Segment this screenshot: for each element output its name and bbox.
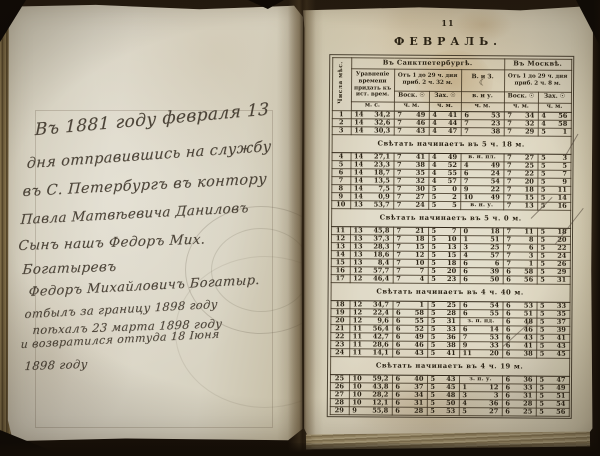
- column-header-spb-sunset: Зах. ☉: [429, 91, 461, 102]
- day-cell: 23: [330, 340, 349, 348]
- day-cell: 21: [330, 324, 349, 332]
- value-cell: 658: [503, 267, 537, 275]
- value-cell: 1418,7: [350, 168, 393, 176]
- value-cell: 1432,6: [351, 118, 394, 126]
- day-cell: 15: [331, 258, 350, 266]
- value-cell: 436: [459, 399, 502, 407]
- value-cell: 57: [537, 170, 570, 178]
- dawn-note: Свѣтать начинаетъ въ 4 ч. 19 м.: [330, 356, 569, 376]
- handwriting-line: Богатыревъ: [22, 259, 117, 278]
- value-cell: 71: [392, 301, 427, 309]
- unit-header: ч. м.: [538, 103, 571, 112]
- day-cell: 12: [331, 234, 350, 242]
- value-cell: 653: [503, 301, 537, 309]
- value-cell: 723: [461, 119, 504, 127]
- dawn-note: Свѣтать начинаетъ въ 5 ч. 0 м.: [331, 208, 570, 228]
- value-cell: 52: [428, 193, 460, 201]
- column-header-moscow-note: Отъ 1 до 29 ч. дня приб. 2 ч. 8 м.: [504, 69, 571, 91]
- value-cell: 749: [394, 111, 429, 119]
- column-header-moon-sub: в. и у.: [461, 91, 504, 102]
- value-cell: 734: [504, 111, 538, 119]
- value-cell: 449: [429, 153, 461, 161]
- value-cell: 710: [393, 259, 428, 267]
- value-cell: 650: [460, 275, 503, 283]
- value-cell: 637: [392, 383, 427, 391]
- value-cell: 556: [536, 408, 569, 416]
- month-title: ФЕВРАЛЬ.: [303, 35, 593, 48]
- value-cell: 1222,4: [349, 308, 392, 316]
- calendar-table-frame: Числа мѣс. Въ Санктпетербургѣ. Въ Москвѣ…: [327, 54, 575, 419]
- sun-icon: ☉: [450, 92, 455, 99]
- days-header-label: Числа мѣс.: [338, 61, 345, 104]
- day-cell: 11: [331, 226, 350, 234]
- value-cell: 1114,1: [349, 348, 392, 356]
- value-cell: 447: [429, 127, 461, 135]
- day-cell: 17: [331, 274, 350, 282]
- value-cell: 725: [504, 161, 538, 169]
- value-cell: 654: [459, 301, 502, 309]
- value-cell: 457: [460, 251, 503, 259]
- day-cell: 26: [330, 382, 349, 390]
- february-calendar-table: Числа мѣс. Въ Санктпетербургѣ. Въ Москвѣ…: [329, 57, 572, 417]
- value-cell: 018: [460, 227, 503, 235]
- book-gutter: [288, 0, 316, 456]
- value-cell: 528: [427, 309, 459, 317]
- value-cell: 549: [536, 384, 569, 392]
- value-cell: 1337,3: [350, 234, 393, 242]
- value-cell: 634: [392, 391, 427, 399]
- value-cell: 730: [393, 185, 428, 193]
- value-cell: 553: [427, 407, 459, 415]
- value-cell: 624: [460, 169, 503, 177]
- value-cell: 1156,4: [349, 324, 392, 332]
- value-cell: 636: [502, 375, 536, 383]
- value-cell: 545: [536, 350, 569, 358]
- value-cell: 656: [503, 275, 537, 283]
- value-cell: 140,9: [350, 192, 393, 200]
- sunrise-label: Воск.: [508, 92, 527, 99]
- value-cell: 1430,3: [351, 126, 394, 134]
- value-cell: 729: [504, 127, 538, 135]
- column-header-equation: Уравненіе времени придать къ ист. врем.: [351, 68, 394, 101]
- value-cell: 444: [429, 119, 461, 127]
- moon-note-cell: в. н. пл.: [461, 153, 504, 161]
- day-cell: 24: [330, 348, 349, 356]
- day-cell: 8: [331, 184, 350, 192]
- value-cell: 631: [502, 391, 536, 399]
- value-cell: 33: [459, 391, 502, 399]
- value-cell: 547: [536, 376, 569, 384]
- section-separator-row: Свѣтать начинаетъ въ 5 ч. 18 м.: [332, 134, 571, 154]
- value-cell: 529: [537, 268, 570, 276]
- value-cell: 541: [427, 349, 459, 357]
- value-cell: 735: [393, 169, 428, 177]
- column-header-moscow-sunrise: Воск. ☉: [504, 91, 538, 102]
- value-cell: 533: [427, 325, 459, 333]
- value-cell: 753: [459, 333, 502, 341]
- value-cell: 1049: [460, 193, 503, 201]
- value-cell: 536: [427, 333, 459, 341]
- day-cell: 9: [331, 192, 350, 200]
- value-cell: 548: [427, 391, 459, 399]
- value-cell: 922: [460, 185, 503, 193]
- value-cell: 741: [394, 153, 429, 161]
- value-cell: 715: [393, 243, 428, 251]
- value-cell: 74: [393, 275, 428, 283]
- value-cell: 754: [460, 177, 503, 185]
- value-cell: 543: [427, 375, 459, 383]
- value-cell: 1423,3: [350, 160, 393, 168]
- value-cell: 1028,2: [349, 390, 392, 398]
- value-cell: 510: [428, 235, 460, 243]
- value-cell: 531: [427, 317, 459, 325]
- value-cell: 129,6: [349, 316, 392, 324]
- value-cell: 646: [392, 341, 427, 349]
- column-header-moscow-sunset: Зах. ☉: [538, 92, 571, 103]
- day-cell: 5: [331, 160, 350, 168]
- value-cell: 658: [392, 309, 427, 317]
- value-cell: 55: [428, 201, 460, 209]
- sun-icon: ☉: [529, 93, 534, 100]
- value-cell: 614: [459, 325, 502, 333]
- value-cell: 653: [461, 111, 504, 119]
- value-cell: 526: [537, 260, 570, 268]
- value-cell: 727: [504, 153, 538, 161]
- value-cell: 449: [460, 161, 503, 169]
- value-cell: 1427,1: [351, 152, 394, 160]
- day-cell: 25: [330, 374, 349, 382]
- value-cell: 715: [503, 193, 537, 201]
- moon-note-cell: в. н. у.: [460, 201, 503, 209]
- photo-bottom-shadow: [0, 443, 600, 456]
- value-cell: 550: [427, 399, 459, 407]
- value-cell: 713: [503, 201, 537, 209]
- value-cell: 743: [394, 127, 429, 135]
- value-cell: 325: [460, 243, 503, 251]
- dawn-note: Свѣтать начинаетъ въ 4 ч. 40 м.: [331, 282, 570, 302]
- sunset-label: Зах.: [544, 93, 558, 100]
- value-cell: 1234,7: [349, 300, 392, 308]
- day-cell: 2: [332, 118, 351, 126]
- value-cell: 452: [428, 161, 460, 169]
- sunset-label: Зах.: [434, 92, 448, 99]
- value-cell: 524: [537, 252, 570, 260]
- value-cell: 514: [537, 194, 570, 202]
- value-cell: 643: [392, 349, 427, 357]
- value-cell: 456: [538, 112, 571, 120]
- value-cell: 551: [536, 392, 569, 400]
- day-cell: 1: [332, 110, 351, 118]
- handwriting-line: 1898 году: [24, 357, 88, 373]
- value-cell: 1043,8: [349, 382, 392, 390]
- value-cell: 720: [503, 177, 537, 185]
- value-cell: 151: [460, 235, 503, 243]
- value-cell: 525: [427, 301, 459, 309]
- unit-header: ч. м.: [394, 102, 429, 111]
- value-cell: 711: [503, 227, 537, 235]
- day-cell: 13: [331, 242, 350, 250]
- value-cell: 520: [428, 267, 460, 275]
- unit-header: м. с.: [351, 101, 394, 110]
- value-cell: 138,4: [350, 258, 393, 266]
- day-cell: 4: [332, 152, 351, 160]
- value-cell: 638: [502, 349, 536, 357]
- day-cell: 22: [330, 332, 349, 340]
- section-separator-row: Свѣтать начинаетъ въ 5 ч. 0 м.: [331, 208, 570, 228]
- value-cell: 515: [428, 251, 460, 259]
- value-cell: 655: [392, 317, 427, 325]
- value-cell: 718: [393, 235, 428, 243]
- photo-edge-shadow: [593, 0, 600, 456]
- value-cell: 722: [503, 169, 537, 177]
- value-cell: 523: [428, 275, 460, 283]
- value-cell: 1246,4: [350, 274, 393, 282]
- right-page: 11 ФЕВРАЛЬ. Числа мѣс. Въ Санктпетербург…: [303, 6, 593, 446]
- sun-icon: ☉: [419, 92, 424, 99]
- day-cell: 29: [330, 406, 349, 414]
- page-number: 11: [303, 18, 593, 28]
- value-cell: 1012,1: [349, 398, 392, 406]
- value-cell: 738: [393, 161, 428, 169]
- value-cell: 538: [427, 341, 459, 349]
- table-row: 29955,8628553527625556: [330, 406, 569, 416]
- value-cell: 639: [460, 267, 503, 275]
- unit-header: ч. м.: [429, 102, 461, 111]
- value-cell: 554: [536, 400, 569, 408]
- value-cell: 724: [393, 201, 428, 209]
- value-cell: 628: [502, 399, 536, 407]
- day-cell: 19: [330, 308, 349, 316]
- value-cell: 66: [460, 259, 503, 267]
- day-cell: 3: [332, 126, 351, 134]
- value-cell: 933: [459, 341, 502, 349]
- value-cell: 541: [536, 334, 569, 342]
- sunrise-label: Воск.: [398, 92, 417, 99]
- value-cell: 640: [392, 375, 427, 383]
- value-cell: 511: [537, 186, 570, 194]
- value-cell: 652: [392, 325, 427, 333]
- value-cell: 1318,6: [350, 250, 393, 258]
- value-cell: 746: [394, 119, 429, 127]
- value-cell: 631: [392, 399, 427, 407]
- day-cell: 6: [331, 168, 350, 176]
- day-cell: 28: [330, 398, 349, 406]
- day-cell: 10: [331, 200, 350, 208]
- value-cell: 543: [536, 342, 569, 350]
- group-header-moscow: Въ Москвѣ.: [504, 58, 571, 69]
- unit-header: ч. м.: [504, 102, 538, 111]
- value-cell: 112: [459, 383, 502, 391]
- value-cell: 633: [502, 383, 536, 391]
- value-cell: 71: [503, 259, 537, 267]
- value-cell: 522: [537, 244, 570, 252]
- value-cell: 727: [393, 193, 428, 201]
- value-cell: 955,8: [349, 406, 392, 414]
- day-cell: 20: [330, 316, 349, 324]
- value-cell: 539: [536, 326, 569, 334]
- value-cell: 1128,6: [349, 340, 392, 348]
- left-page: Въ 1881 году февраля 13дня отправившись …: [7, 4, 303, 442]
- value-cell: 533: [537, 302, 570, 310]
- value-cell: 51: [538, 128, 571, 136]
- dawn-note: Свѣтать начинаетъ въ 5 ч. 18 м.: [332, 134, 571, 154]
- value-cell: 55: [538, 162, 571, 170]
- value-cell: 537: [536, 318, 569, 326]
- value-cell: 1059,2: [349, 374, 392, 382]
- value-cell: 651: [502, 309, 536, 317]
- value-cell: 518: [428, 259, 460, 267]
- value-cell: 77: [393, 267, 428, 275]
- book-photo: Въ 1881 году февраля 13дня отправившись …: [0, 0, 600, 456]
- value-cell: 1345,8: [350, 226, 393, 234]
- value-cell: 147,5: [350, 184, 393, 192]
- value-cell: 545: [427, 383, 459, 391]
- value-cell: 625: [502, 407, 536, 415]
- value-cell: 1120: [459, 349, 502, 357]
- value-cell: 712: [393, 251, 428, 259]
- value-cell: 441: [429, 111, 461, 119]
- moon-icon: ☾: [462, 80, 504, 87]
- value-cell: 1353,7: [350, 200, 393, 208]
- value-cell: 50: [428, 185, 460, 193]
- value-cell: 458: [538, 120, 571, 128]
- value-cell: 718: [503, 185, 537, 193]
- value-cell: 531: [537, 276, 570, 284]
- day-cell: 27: [330, 390, 349, 398]
- value-cell: 57: [428, 227, 460, 235]
- value-cell: 455: [428, 169, 460, 177]
- value-cell: 721: [393, 227, 428, 235]
- value-cell: 535: [536, 310, 569, 318]
- value-cell: 457: [428, 177, 460, 185]
- column-header-moon: В. и З. ☾: [461, 69, 504, 91]
- section-separator-row: Свѣтать начинаетъ въ 4 ч. 40 м.: [331, 282, 570, 302]
- value-cell: 76: [503, 243, 537, 251]
- section-separator-row: Свѣтать начинаетъ въ 4 ч. 19 м.: [330, 356, 569, 376]
- value-cell: 1257,7: [350, 266, 393, 274]
- column-header-spb-sunrise: Воск. ☉: [394, 91, 429, 102]
- value-cell: 73: [503, 251, 537, 259]
- value-cell: 1142,7: [349, 332, 392, 340]
- value-cell: 649: [392, 333, 427, 341]
- sun-icon: ☉: [560, 93, 565, 100]
- value-cell: 513: [428, 243, 460, 251]
- value-cell: 1413,5: [350, 176, 393, 184]
- value-cell: 738: [461, 127, 504, 135]
- column-header-days: Числа мѣс.: [332, 57, 351, 110]
- day-cell: 14: [331, 250, 350, 258]
- value-cell: 520: [537, 236, 570, 244]
- day-cell: 18: [330, 300, 349, 308]
- day-cell: 16: [331, 266, 350, 274]
- value-cell: 732: [393, 177, 428, 185]
- value-cell: 1328,3: [350, 242, 393, 250]
- value-cell: 655: [459, 309, 502, 317]
- value-cell: 78: [503, 235, 537, 243]
- value-cell: 59: [537, 178, 570, 186]
- column-header-spb-note: Отъ 1 до 29 ч. дня приб. 2 ч. 32 м.: [394, 69, 461, 91]
- value-cell: 628: [392, 407, 427, 415]
- day-cell: 7: [331, 176, 350, 184]
- value-cell: 1434,2: [351, 110, 394, 118]
- unit-header: ч. м.: [461, 102, 504, 111]
- value-cell: 527: [459, 407, 502, 415]
- value-cell: 732: [504, 119, 538, 127]
